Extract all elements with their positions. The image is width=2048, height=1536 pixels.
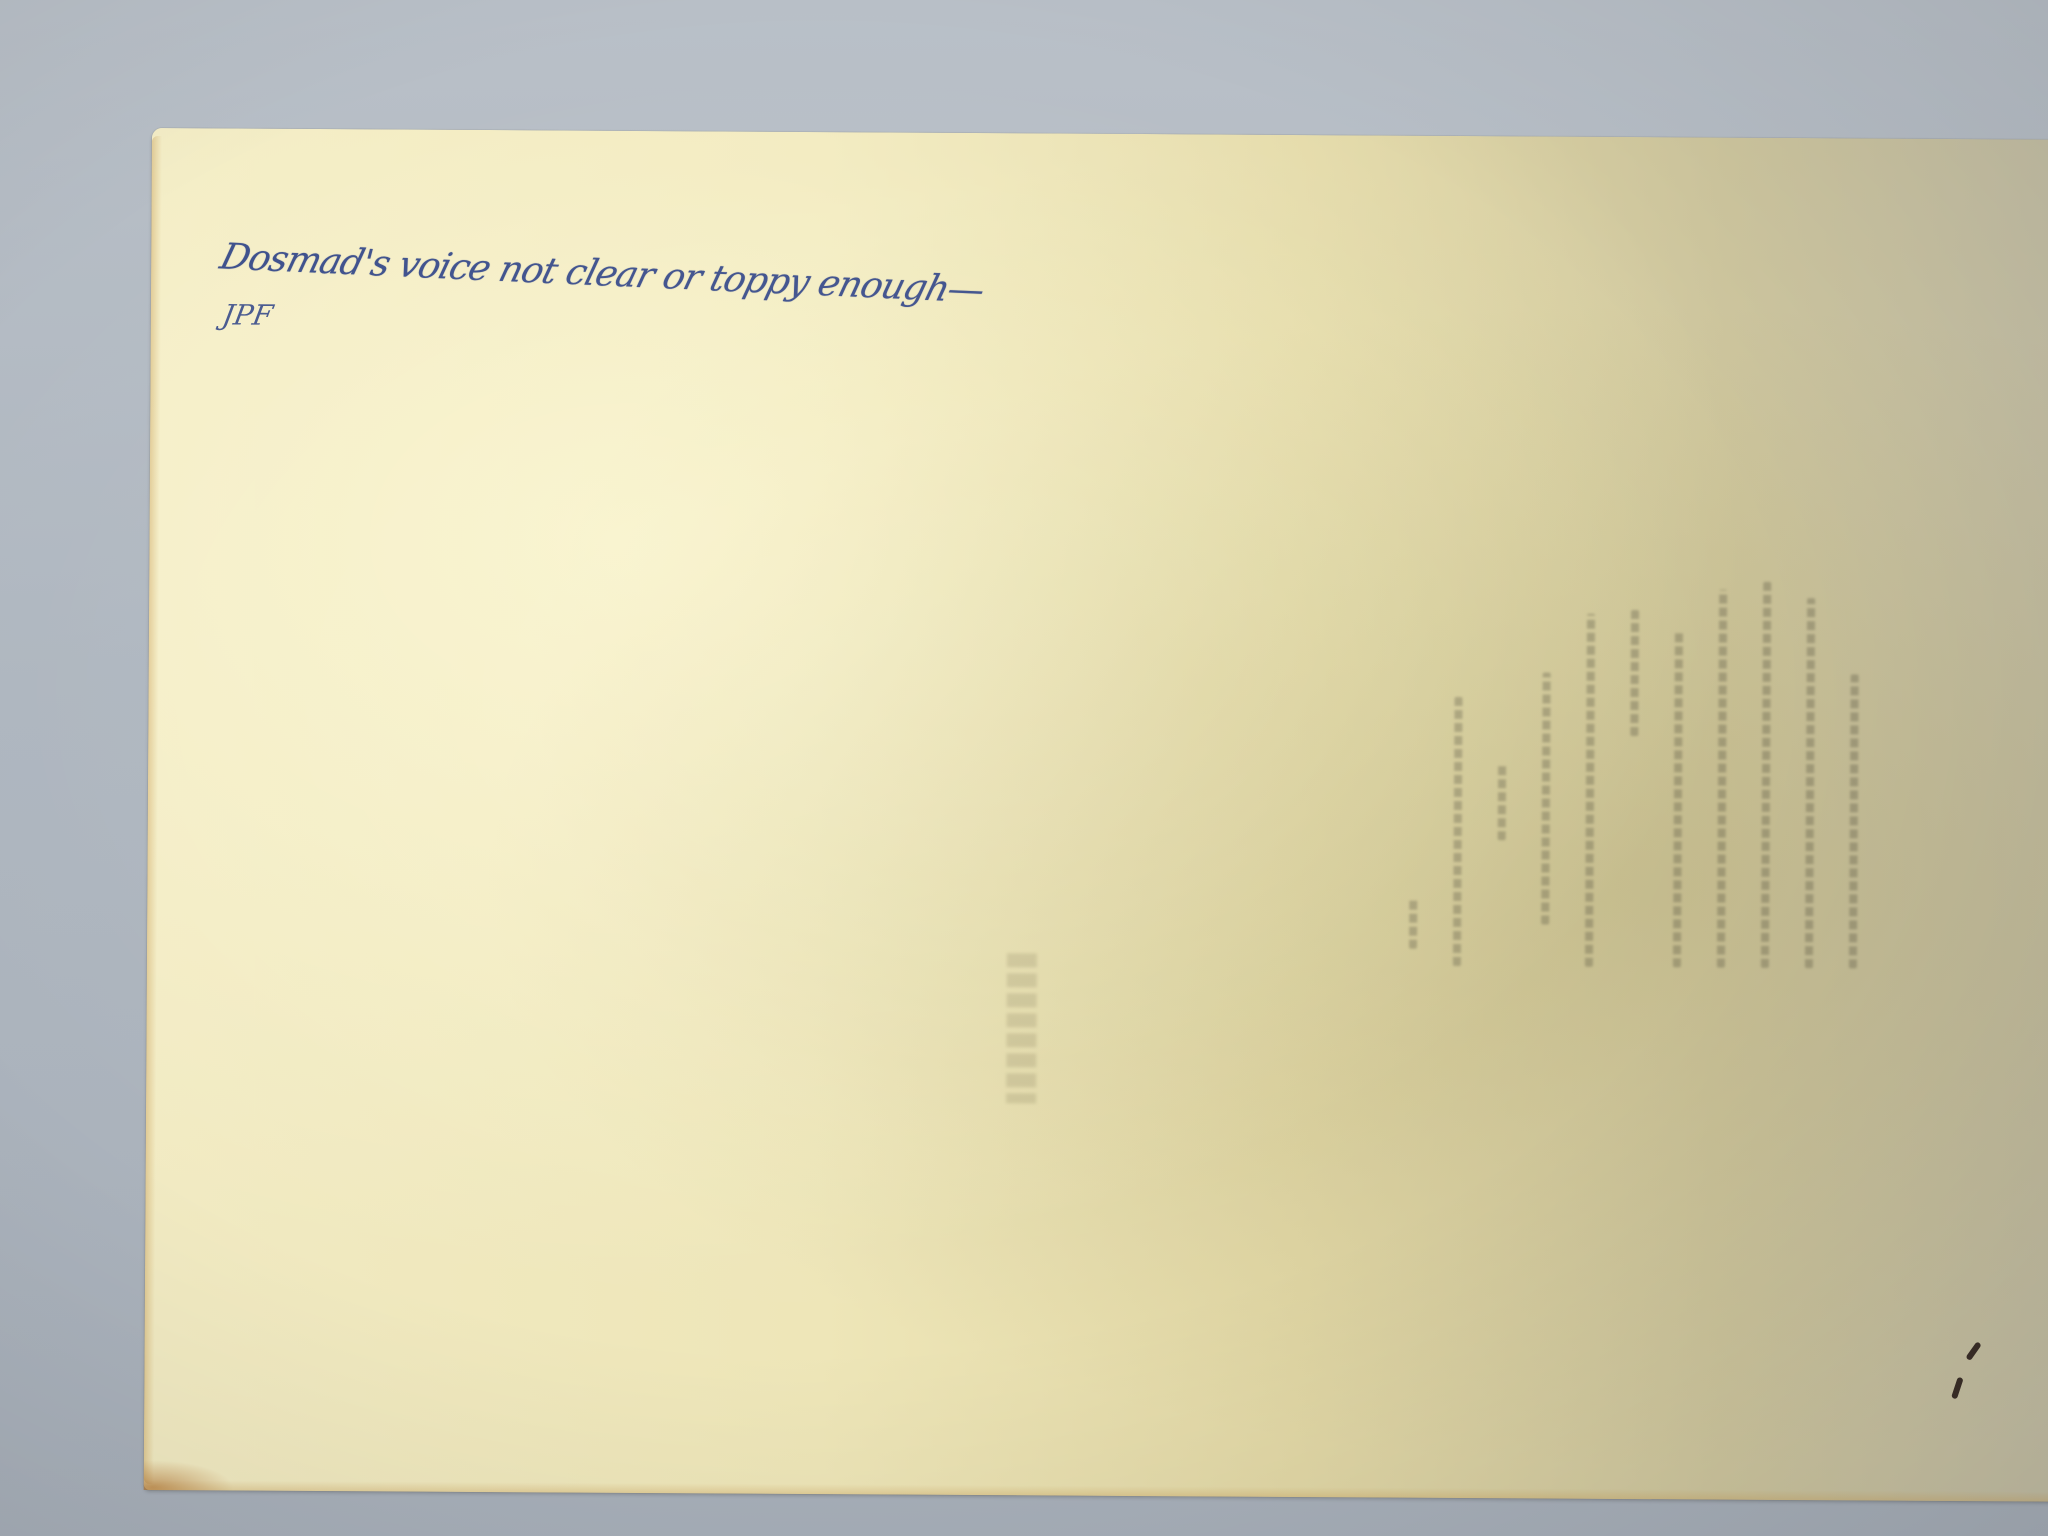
bleed-line bbox=[1717, 590, 1727, 968]
pencil-mark bbox=[1965, 1341, 1981, 1361]
bleed-line bbox=[1585, 614, 1595, 967]
sheet-left-edge bbox=[144, 136, 162, 1484]
handwritten-initials: JPF bbox=[220, 298, 276, 331]
pencil-mark bbox=[1951, 1377, 1964, 1400]
bleed-line bbox=[1761, 581, 1771, 967]
corner-stain bbox=[144, 1460, 234, 1491]
bleed-through-stamp bbox=[1006, 953, 1037, 1103]
bleed-line bbox=[1849, 674, 1859, 968]
bleed-line bbox=[1805, 599, 1815, 969]
handwritten-note: Dosmad's voice not clear or toppy enough… bbox=[216, 237, 988, 312]
bleed-line bbox=[1630, 610, 1639, 736]
bleed-line bbox=[1541, 673, 1551, 925]
bleed-line bbox=[1453, 697, 1463, 966]
paper-sheet: Dosmad's voice not clear or toppy enough… bbox=[144, 128, 2048, 1502]
bleed-line bbox=[1409, 899, 1417, 949]
bleed-through-typed-text bbox=[957, 543, 1860, 968]
bleed-line bbox=[1673, 631, 1683, 967]
bleed-line bbox=[1498, 765, 1506, 841]
sheet-bottom-edge bbox=[144, 1480, 2048, 1502]
